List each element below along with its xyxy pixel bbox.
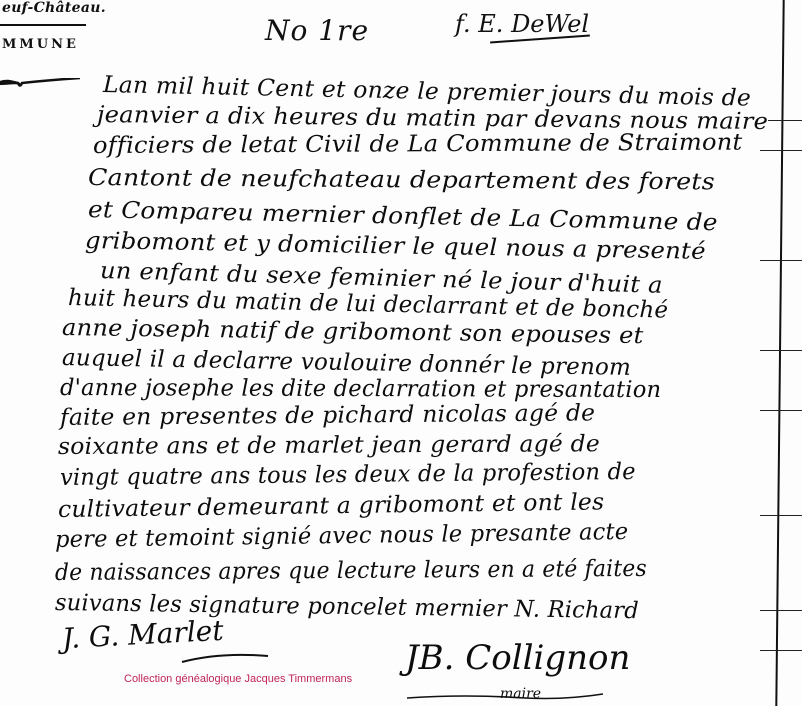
signature-marlet: J. G. Marlet <box>61 614 224 655</box>
scanned-document-page: euf-Château. MMUNE No 1re f. E. DeWel La… <box>0 0 802 706</box>
margin-tick <box>768 120 802 121</box>
body-line: Cantont de neufchateau departement des f… <box>88 165 715 195</box>
body-line: d'anne josephe les dite declarration et … <box>60 375 661 403</box>
margin-tick <box>760 610 802 611</box>
printed-header-commune: MMUNE <box>2 37 79 52</box>
printed-header-place: euf-Château. <box>2 0 106 16</box>
margin-tick <box>760 410 802 411</box>
collignon-flourish-icon <box>405 690 605 704</box>
body-line: officiers de letat Civil de La Commune d… <box>93 130 743 159</box>
body-line: cultivateur demeurant a gribomont et ont… <box>58 489 605 523</box>
body-line: de naissances apres que lecture leurs en… <box>55 556 647 586</box>
margin-tick <box>760 650 802 651</box>
signature-collignon: JB. Collignon <box>405 638 630 678</box>
body-line: faite en presentes de pichard nicolas ag… <box>60 400 595 431</box>
margin-tick <box>760 350 802 351</box>
marlet-flourish-icon <box>180 650 270 666</box>
body-line: vingt quatre ans tous les deux de la pro… <box>60 459 636 491</box>
margin-tick <box>760 515 802 516</box>
record-number: No 1re <box>265 14 369 47</box>
margin-tick <box>760 260 802 261</box>
margin-tick <box>760 150 802 151</box>
header-divider <box>0 24 86 26</box>
body-line: pere et temoint signié avec nous le pres… <box>55 519 629 553</box>
record-reference: f. E. DeWel <box>455 10 589 38</box>
collection-watermark: Collection généalogique Jacques Timmerma… <box>124 673 352 685</box>
margin-brace-icon <box>0 78 82 94</box>
margin-rule <box>775 0 784 706</box>
body-line: soixante ans et de marlet jean gerard ag… <box>58 431 600 460</box>
